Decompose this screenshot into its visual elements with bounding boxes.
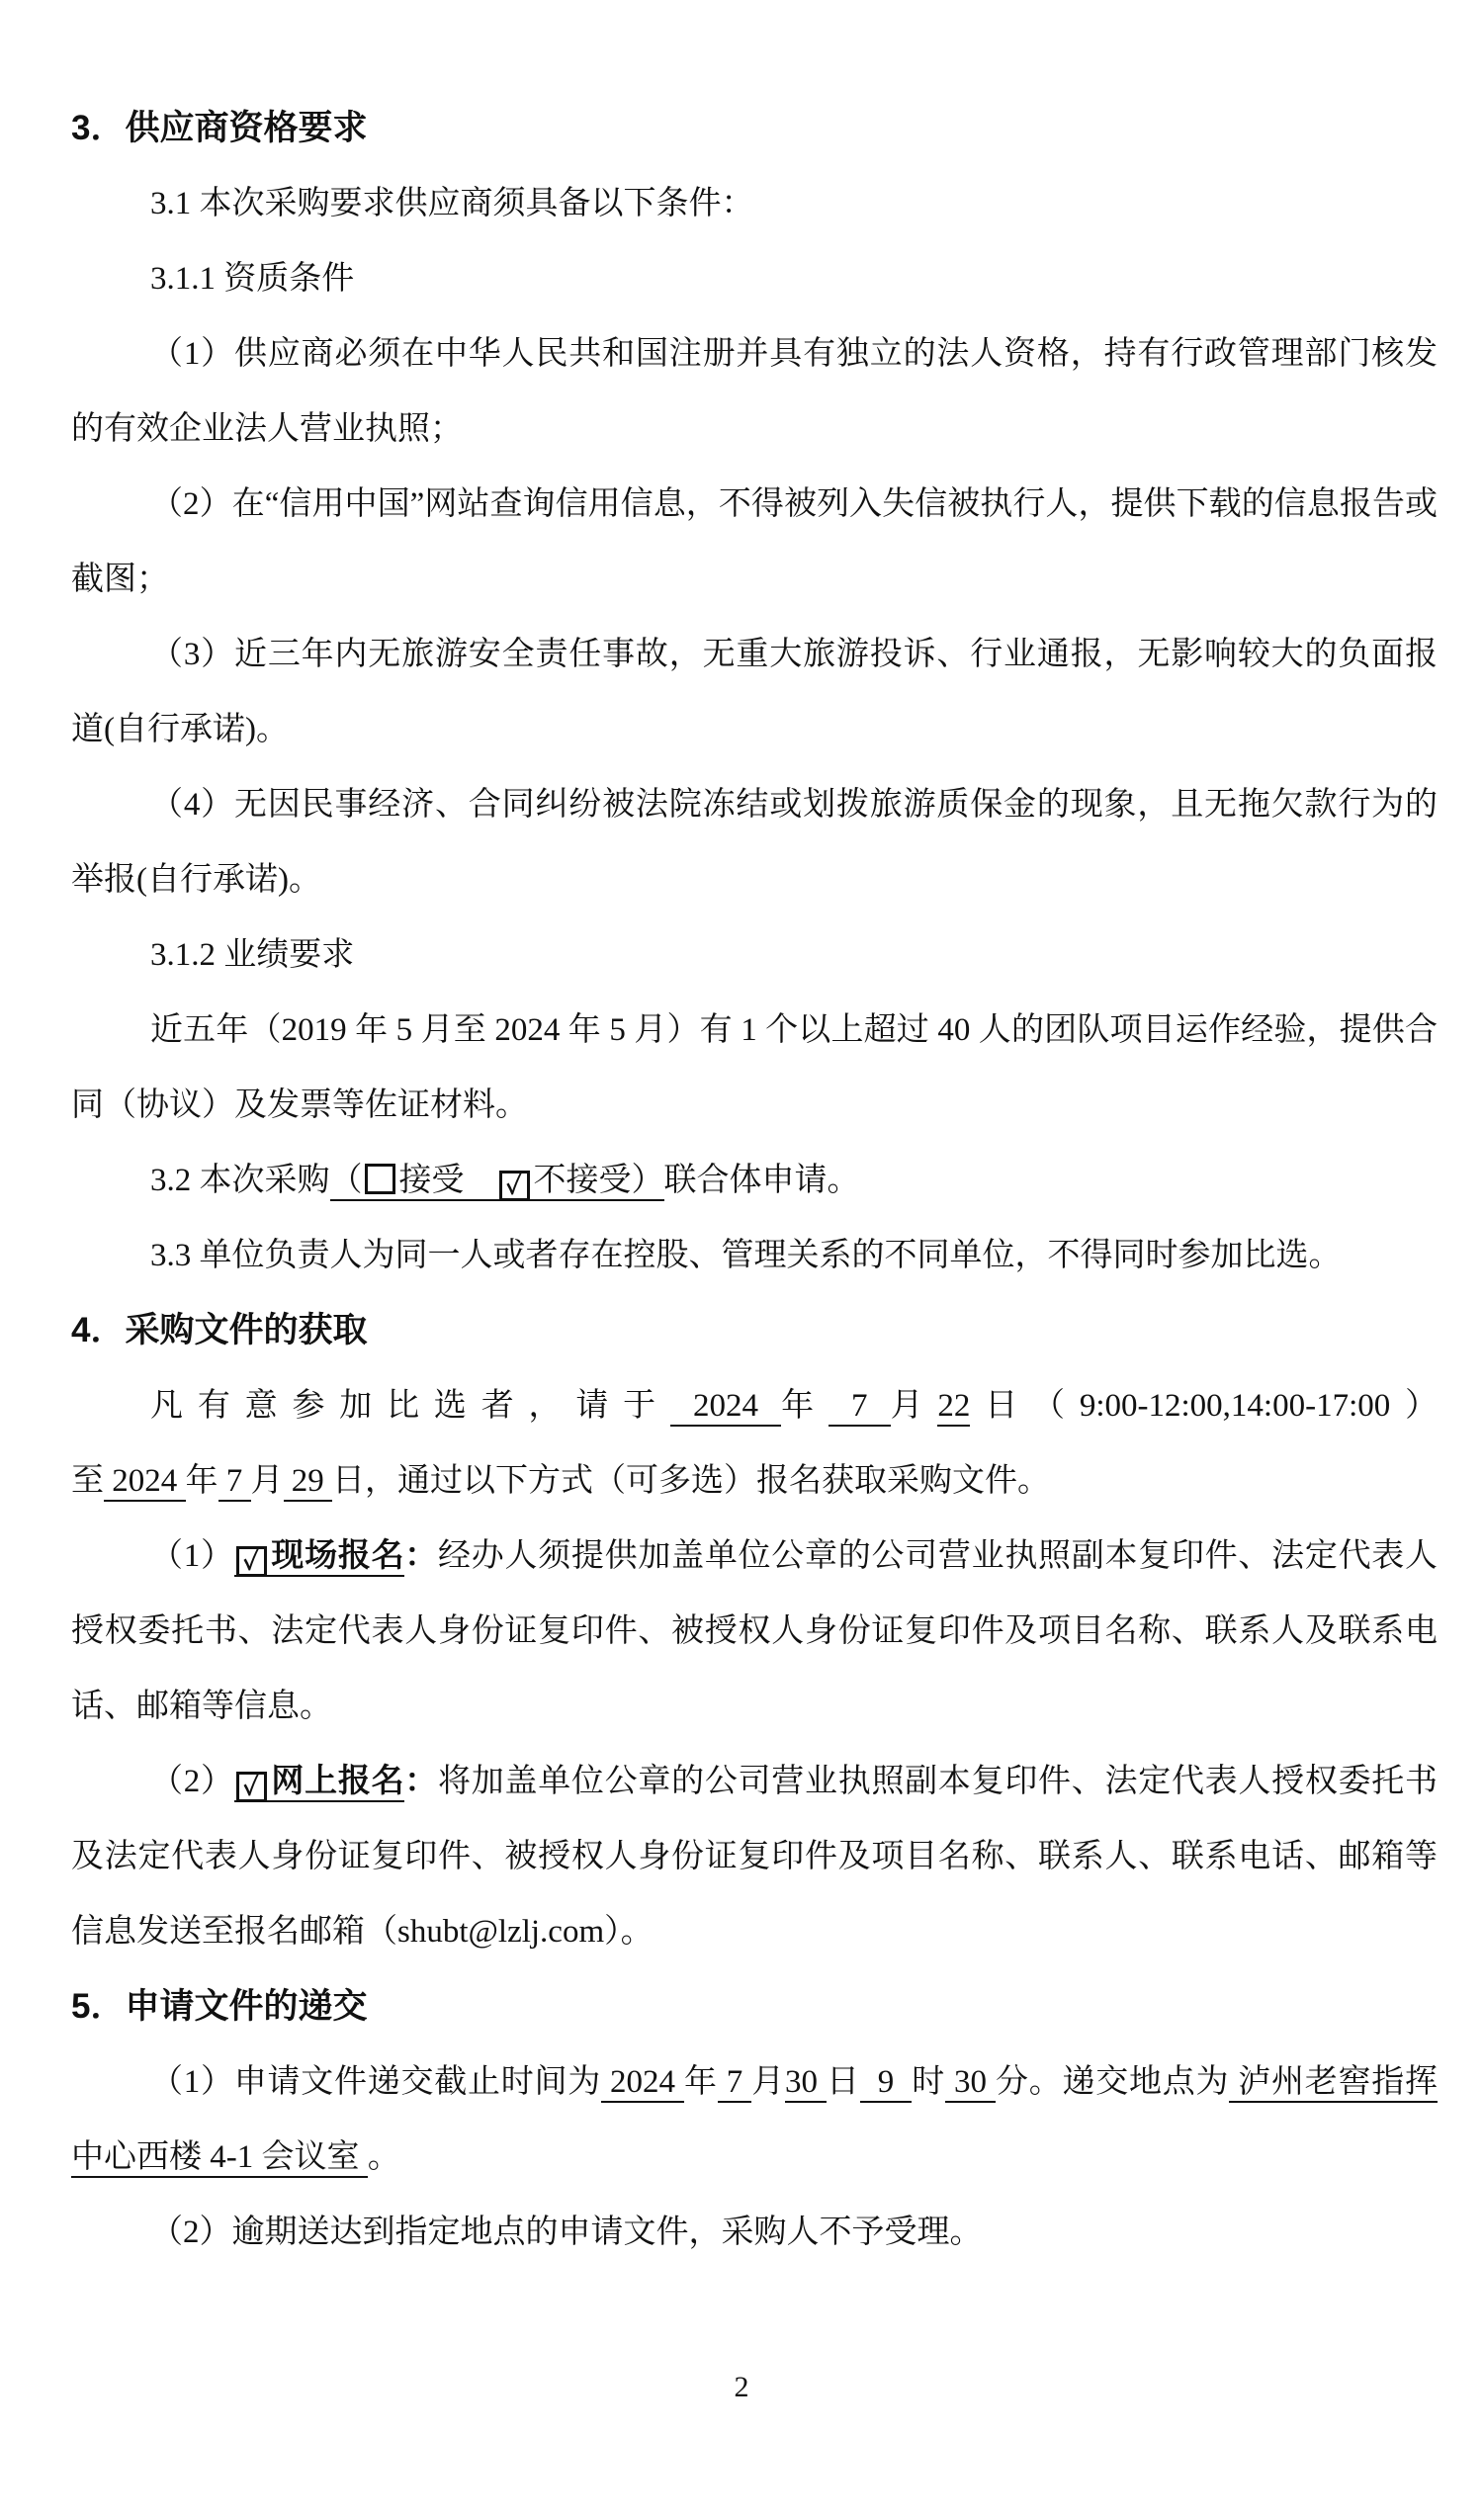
clause-3-1-1: 3.1.1 资质条件 [71, 241, 1438, 316]
checkbox-checked-icon: ✓ [499, 1171, 530, 1201]
text-run: （1） [150, 1538, 234, 1574]
section-3-heading: 3．供应商资格要求 [71, 91, 1438, 166]
checkbox-wrapper [363, 1163, 399, 1201]
clause-3-1-2-body: 近五年（2019 年 5 月至 2024 年 5 月）有 1 个以上超过 40 … [71, 993, 1438, 1143]
document-body: 3．供应商资格要求3.1 本次采购要求供应商须具备以下条件：3.1.1 资质条件… [71, 91, 1438, 2270]
checkbox-wrapper: ✓ [234, 1764, 271, 1802]
text-run: 接受 [399, 1163, 497, 1201]
text-run: 月 [251, 1463, 284, 1499]
text-run: 近五年（2019 年 5 月至 2024 年 5 月）有 1 个以上超过 40 … [71, 1012, 1438, 1123]
text-run: 3.1 本次采购要求供应商须具备以下条件： [150, 186, 754, 221]
text-run: 30 [945, 2064, 996, 2103]
text-run: 7 [218, 1463, 251, 1502]
clause-3-2: 3.2 本次采购（接受 ✓不接受）联合体申请。 [71, 1143, 1438, 1218]
section-4-heading: 4．采购文件的获取 [71, 1293, 1438, 1368]
text-run: 凡有意参加比选者，请于 [150, 1388, 670, 1424]
text-run: 3.1.1 资质条件 [150, 261, 354, 297]
page-number: 2 [0, 2371, 1483, 2404]
text-run: 3.2 本次采购 [150, 1163, 330, 1198]
text-run: 现场报名 [271, 1538, 405, 1577]
clause-3-1-1-item-3: （3）近三年内无旅游安全责任事故，无重大旅游投诉、行业通报，无影响较大的负面报道… [71, 617, 1438, 767]
clause-4-intro: 凡有意参加比选者，请于 2024 年 7 月22日（9:00-12:00,14:… [71, 1368, 1438, 1519]
text-run: 。 [368, 2139, 400, 2175]
text-run: （ [330, 1163, 363, 1201]
text-run: 2024 [104, 1463, 186, 1502]
text-run: ： [404, 1538, 438, 1574]
text-run: （1）供应商必须在中华人民共和国注册并具有独立的法人资格，持有行政管理部门核发的… [71, 336, 1438, 447]
clause-4-item-1: （1）✓现场报名：经办人须提供加盖单位公章的公司营业执照副本复印件、法定代表人授… [71, 1519, 1438, 1744]
text-run: 网上报名 [271, 1764, 405, 1802]
text-run: ： [404, 1764, 438, 1799]
text-run: 分。递交地点为 [996, 2064, 1229, 2100]
text-run: 2024 [670, 1388, 781, 1427]
section-5-heading: 5．申请文件的递交 [71, 1969, 1438, 2044]
text-run: 2024 [601, 2064, 684, 2103]
text-run: 30 [785, 2064, 827, 2103]
checkbox-unchecked-icon [365, 1164, 395, 1194]
text-run: （1）申请文件递交截止时间为 [150, 2064, 601, 2100]
text-run: 7 [718, 2064, 752, 2103]
text-run: 年 [781, 1388, 829, 1424]
text-run: 日 [827, 2064, 860, 2100]
clause-3-1-1-item-1: （1）供应商必须在中华人民共和国注册并具有独立的法人资格，持有行政管理部门核发的… [71, 316, 1438, 467]
text-run: 月 [891, 1388, 938, 1424]
checkbox-checked-icon: ✓ [236, 1772, 267, 1802]
text-run: （2）逾期送达到指定地点的申请文件，采购人不予受理。 [150, 2215, 983, 2250]
checkbox-wrapper: ✓ [234, 1538, 271, 1577]
text-run: 年 [186, 1463, 218, 1499]
checkbox-wrapper: ✓ [497, 1163, 534, 1201]
text-run: 联合体申请。 [664, 1163, 860, 1198]
text-run: 4．采购文件的获取 [71, 1311, 367, 1349]
text-run: 5．申请文件的递交 [71, 1987, 367, 2026]
text-run: 日，通过以下方式（可多选）报名获取采购文件。 [332, 1463, 1050, 1499]
text-run: 年 [684, 2064, 718, 2100]
text-run: 22 [937, 1388, 970, 1427]
clause-3-1-2: 3.1.2 业绩要求 [71, 917, 1438, 993]
clause-3-3: 3.3 单位负责人为同一人或者存在控股、管理关系的不同单位，不得同时参加比选。 [71, 1218, 1438, 1293]
text-run: （3）近三年内无旅游安全责任事故，无重大旅游投诉、行业通报，无影响较大的负面报道… [71, 637, 1438, 747]
clause-3-1-1-item-4: （4）无因民事经济、合同纠纷被法院冻结或划拨旅游质保金的现象，且无拖欠款行为的举… [71, 767, 1438, 917]
text-run: （2） [150, 1764, 234, 1799]
document-page: 3．供应商资格要求3.1 本次采购要求供应商须具备以下条件：3.1.1 资质条件… [0, 0, 1483, 2520]
text-run: 9 [860, 2064, 913, 2103]
clause-5-item-2: （2）逾期送达到指定地点的申请文件，采购人不予受理。 [71, 2195, 1438, 2270]
text-run: 7 [829, 1388, 891, 1427]
clause-3-1: 3.1 本次采购要求供应商须具备以下条件： [71, 166, 1438, 241]
checkbox-checked-icon: ✓ [236, 1546, 267, 1577]
text-run: （4）无因民事经济、合同纠纷被法院冻结或划拨旅游质保金的现象，且无拖欠款行为的举… [71, 787, 1438, 898]
clause-4-item-2: （2）✓网上报名：将加盖单位公章的公司营业执照副本复印件、法定代表人授权委托书及… [71, 1744, 1438, 1969]
text-run: （2）在“信用中国”网站查询信用信息，不得被列入失信被执行人，提供下载的信息报告… [71, 486, 1438, 597]
text-run: 3.3 单位负责人为同一人或者存在控股、管理关系的不同单位，不得同时参加比选。 [150, 1238, 1342, 1273]
text-run: 3.1.2 业绩要求 [150, 937, 354, 973]
text-run: 不接受） [534, 1163, 664, 1201]
text-run: 29 [284, 1463, 333, 1502]
text-run: 3．供应商资格要求 [71, 109, 367, 147]
text-run: 时 [912, 2064, 945, 2100]
clause-5-item-1: （1）申请文件递交截止时间为 2024 年 7 月30 日 9 时 30 分。递… [71, 2044, 1438, 2195]
clause-3-1-1-item-2: （2）在“信用中国”网站查询信用信息，不得被列入失信被执行人，提供下载的信息报告… [71, 467, 1438, 617]
text-run: 月 [751, 2064, 785, 2100]
